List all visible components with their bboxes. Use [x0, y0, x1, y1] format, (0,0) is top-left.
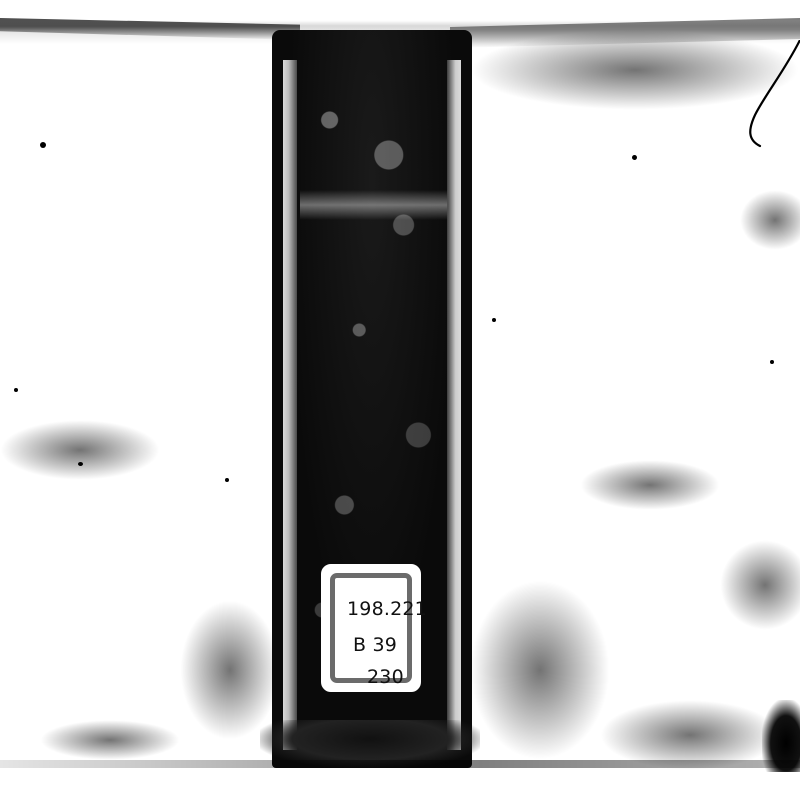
spine-hinge-left [283, 60, 297, 750]
ink-dot [40, 142, 46, 148]
cover-smudge [180, 600, 280, 740]
scanned-book-cover: 198.221 B 39 230 [0, 0, 800, 800]
call-number-class: 198.221 [347, 598, 427, 620]
ink-dot [770, 360, 774, 364]
cover-smudge [720, 540, 800, 630]
call-number-cutter: B 39 [353, 634, 397, 656]
call-number-label: 198.221 B 39 230 [321, 564, 421, 692]
cover-smudge [40, 720, 180, 760]
spine-band [300, 190, 448, 220]
ink-dot [14, 388, 18, 392]
ink-dot [492, 318, 496, 322]
ink-dot [78, 462, 83, 466]
ink-dot [632, 155, 637, 160]
pen-mark [740, 40, 800, 150]
call-number-label-frame: 198.221 B 39 230 [330, 573, 412, 683]
spine-hinge-right [447, 60, 461, 750]
cover-smudge [580, 460, 720, 510]
cover-smudge [0, 420, 160, 480]
call-number-volume: 230 [367, 666, 404, 688]
cover-smudge [740, 190, 800, 250]
cover-smudge [470, 580, 610, 760]
ink-dot [225, 478, 229, 482]
bottom-edge-shadow [0, 760, 800, 768]
